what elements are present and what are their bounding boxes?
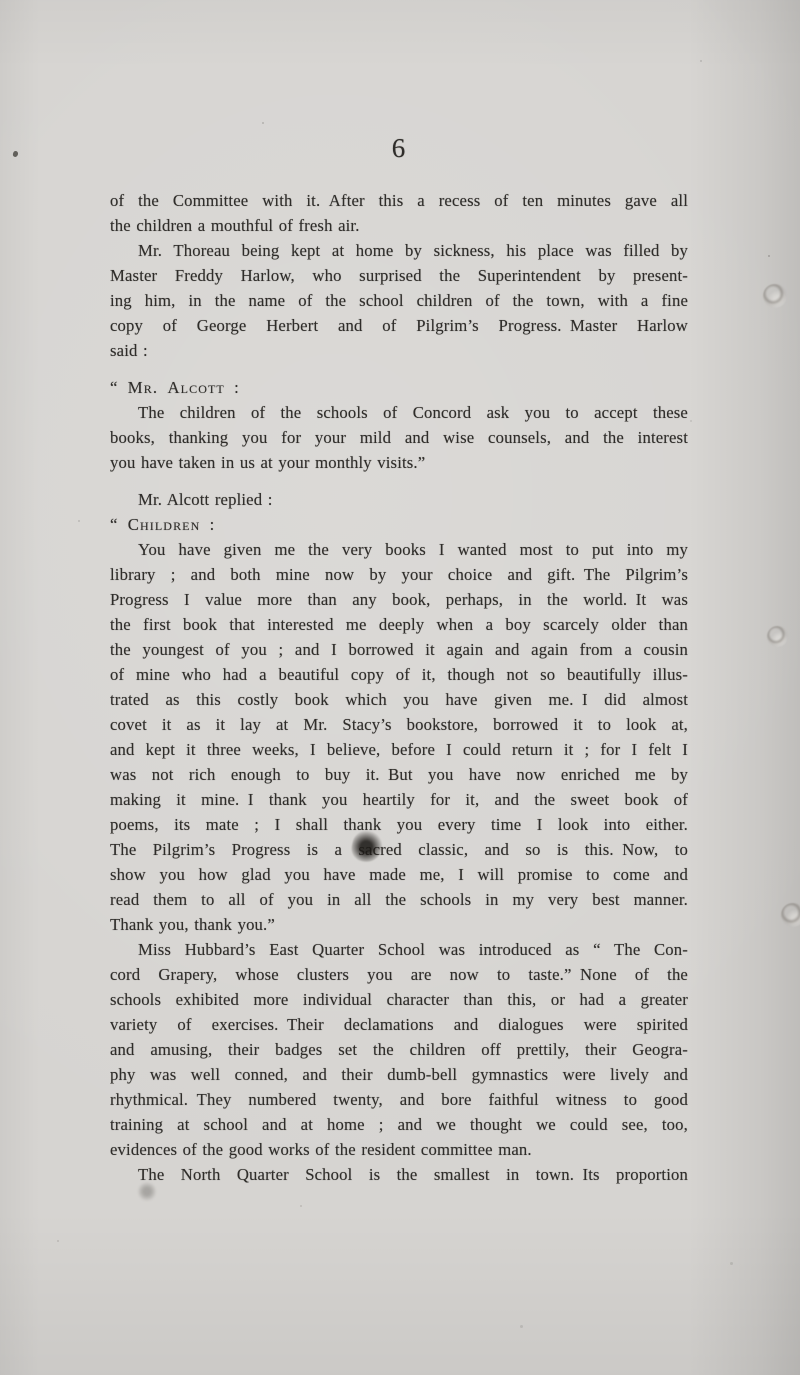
book-page: 6 of the Committee with it. After this a… <box>0 0 800 1375</box>
text-line: of the Committee with it. After this a r… <box>110 188 688 213</box>
paper-blemish <box>781 903 800 927</box>
paper-speck <box>262 122 264 124</box>
paper-speck <box>78 520 80 522</box>
text-line: you have taken in us at your monthly vis… <box>110 450 688 475</box>
text-line: schools exhibited more individual charac… <box>110 987 688 1012</box>
paragraph: You have given me the very books I wante… <box>110 537 688 937</box>
text-line: The North Quarter School is the smallest… <box>110 1162 688 1187</box>
text-line: covet it as it lay at Mr. Stacy’s bookst… <box>110 712 688 737</box>
paragraph: Mr. Alcott replied : <box>110 487 688 512</box>
text-line: copy of George Herbert and of Pilgrim’s … <box>110 313 688 338</box>
paper-blemish <box>763 284 787 308</box>
paper-speck <box>700 60 702 62</box>
text-line: Progress I value more than any book, per… <box>110 587 688 612</box>
text-line: Mr. Alcott replied : <box>110 487 688 512</box>
text-line: evidences of the good works of the resid… <box>110 1137 688 1162</box>
paper-speck <box>12 150 19 158</box>
page-number: 6 <box>110 133 688 164</box>
text-line: the children a mouthful of fresh air. <box>110 213 688 238</box>
text-line: cord Grapery, whose clusters you are now… <box>110 962 688 987</box>
text-line: books, thanking you for your mild and wi… <box>110 425 688 450</box>
salutation-line: “ Children : <box>110 512 688 537</box>
text-line: read them to all of you in all the schoo… <box>110 887 688 912</box>
text-line: Master Freddy Harlow, who surprised the … <box>110 263 688 288</box>
paper-blemish <box>767 626 788 647</box>
text-line: show you how glad you have made me, I wi… <box>110 862 688 887</box>
paragraph: Miss Hubbard’s East Quarter School was i… <box>110 937 688 1162</box>
text-line: You have given me the very books I wante… <box>110 537 688 562</box>
paper-speck <box>57 1240 59 1242</box>
text-line: the youngest of you ; and I borrowed it … <box>110 637 688 662</box>
text-line: of mine who had a beautiful copy of it, … <box>110 662 688 687</box>
paper-speck <box>730 1262 733 1265</box>
paragraph: The children of the schools of Concord a… <box>110 400 688 475</box>
text-line: trated as this costly book which you hav… <box>110 687 688 712</box>
paper-smudge <box>138 1182 156 1201</box>
salutation-line: “ Mr. Alcott : <box>110 375 688 400</box>
paper-speck <box>768 255 770 257</box>
text-line: was not rich enough to buy it. But you h… <box>110 762 688 787</box>
paragraph: of the Committee with it. After this a r… <box>110 188 688 238</box>
text-line: The children of the schools of Concord a… <box>110 400 688 425</box>
text-line: phy was well conned, and their dumb-bell… <box>110 1062 688 1087</box>
paragraph: The North Quarter School is the smallest… <box>110 1162 688 1187</box>
text-line: the first book that interested me deeply… <box>110 612 688 637</box>
text-line: rhythmical. They numbered twenty, and bo… <box>110 1087 688 1112</box>
text-line: and kept it three weeks, I believe, befo… <box>110 737 688 762</box>
text-line: “ Children : <box>110 512 688 537</box>
text-line: “ Mr. Alcott : <box>110 375 688 400</box>
text-line: variety of exercises. Their declamations… <box>110 1012 688 1037</box>
text-line: Miss Hubbard’s East Quarter School was i… <box>110 937 688 962</box>
paper-speck <box>520 1325 523 1328</box>
text-line: Thank you, thank you.” <box>110 912 688 937</box>
paper-speck <box>300 1205 302 1207</box>
paper-speck <box>690 420 692 422</box>
text-line: library ; and both mine now by your choi… <box>110 562 688 587</box>
text-line: poems, its mate ; I shall thank you ever… <box>110 812 688 837</box>
text-line: ing him, in the name of the school child… <box>110 288 688 313</box>
paragraph: Mr. Thoreau being kept at home by sickne… <box>110 238 688 363</box>
text-line: training at school and at home ; and we … <box>110 1112 688 1137</box>
text-line: making it mine. I thank you heartily for… <box>110 787 688 812</box>
text-line: Mr. Thoreau being kept at home by sickne… <box>110 238 688 263</box>
text-line: The Pilgrim’s Progress is a sacred class… <box>110 837 688 862</box>
text-line: and amusing, their badges set the childr… <box>110 1037 688 1062</box>
page-text-block: of the Committee with it. After this a r… <box>110 188 688 1187</box>
text-line: said : <box>110 338 688 363</box>
